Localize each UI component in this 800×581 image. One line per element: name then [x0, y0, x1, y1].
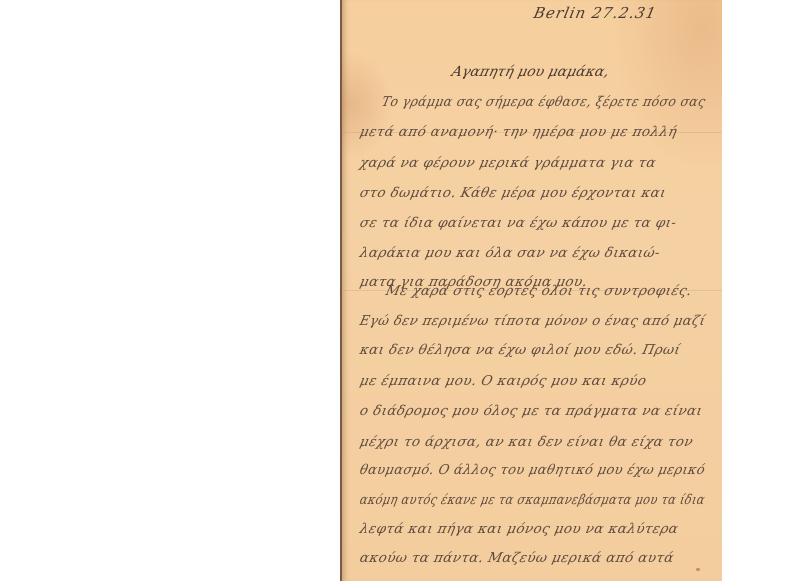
letter-line: χαρά να φέρουν μερικά γράμματα για τα: [358, 155, 657, 171]
letter-line: Με χαρά στις εορτές όλοι τις συντροφιές.: [384, 283, 693, 299]
letter-page: Berlin 27.2.31 Αγαπητή μου μαμάκα, Το γρ…: [340, 0, 722, 581]
letter-line: ακόμη αυτός έκανε με τα σκαμπανεβάσματα …: [358, 492, 706, 508]
letter-line: στο δωμάτιο. Κάθε μέρα μου έρχονται και: [358, 185, 667, 201]
letter-line: και δεν θέλησα να έχω φιλοί μου εδώ. Πρω…: [358, 342, 682, 358]
letter-line: Εγώ δεν περιμένω τίποτα μόνον ο ένας από…: [358, 313, 707, 329]
letter-line: Το γράμμα σας σήμερα έφθασε, ξέρετε πόσο…: [380, 94, 707, 110]
letter-line: θαυμασμό. Ο άλλος του μαθητικό μου έχω μ…: [358, 462, 706, 478]
paper-stain: [696, 568, 700, 571]
letter-date: Berlin 27.2.31: [532, 4, 658, 22]
letter-line: μετά από αναμονή· την ημέρα μου με πολλή: [358, 124, 678, 140]
letter-line: μέχρι το άρχισα, αν και δεν είναι θα είχ…: [358, 434, 694, 450]
letter-line: σε τα ίδια φαίνεται να έχω κάπου με τα φ…: [358, 215, 678, 231]
letter-line: λεφτά και πήγα και μόνος μου να καλύτερα: [358, 521, 680, 537]
letter-line: ακούω τα πάντα. Μαζεύω μερικά από αυτά: [358, 550, 675, 566]
letter-salutation: Αγαπητή μου μαμάκα,: [450, 64, 611, 80]
letter-line: με έμπαινα μου. Ο καιρός μου και κρύο: [358, 373, 648, 389]
letter-line: ο διάδρομος μου όλος με τα πράγματα να ε…: [358, 403, 704, 419]
letter-line: λαράκια μου και όλα σαν να έχω δικαιώ-: [358, 245, 661, 261]
